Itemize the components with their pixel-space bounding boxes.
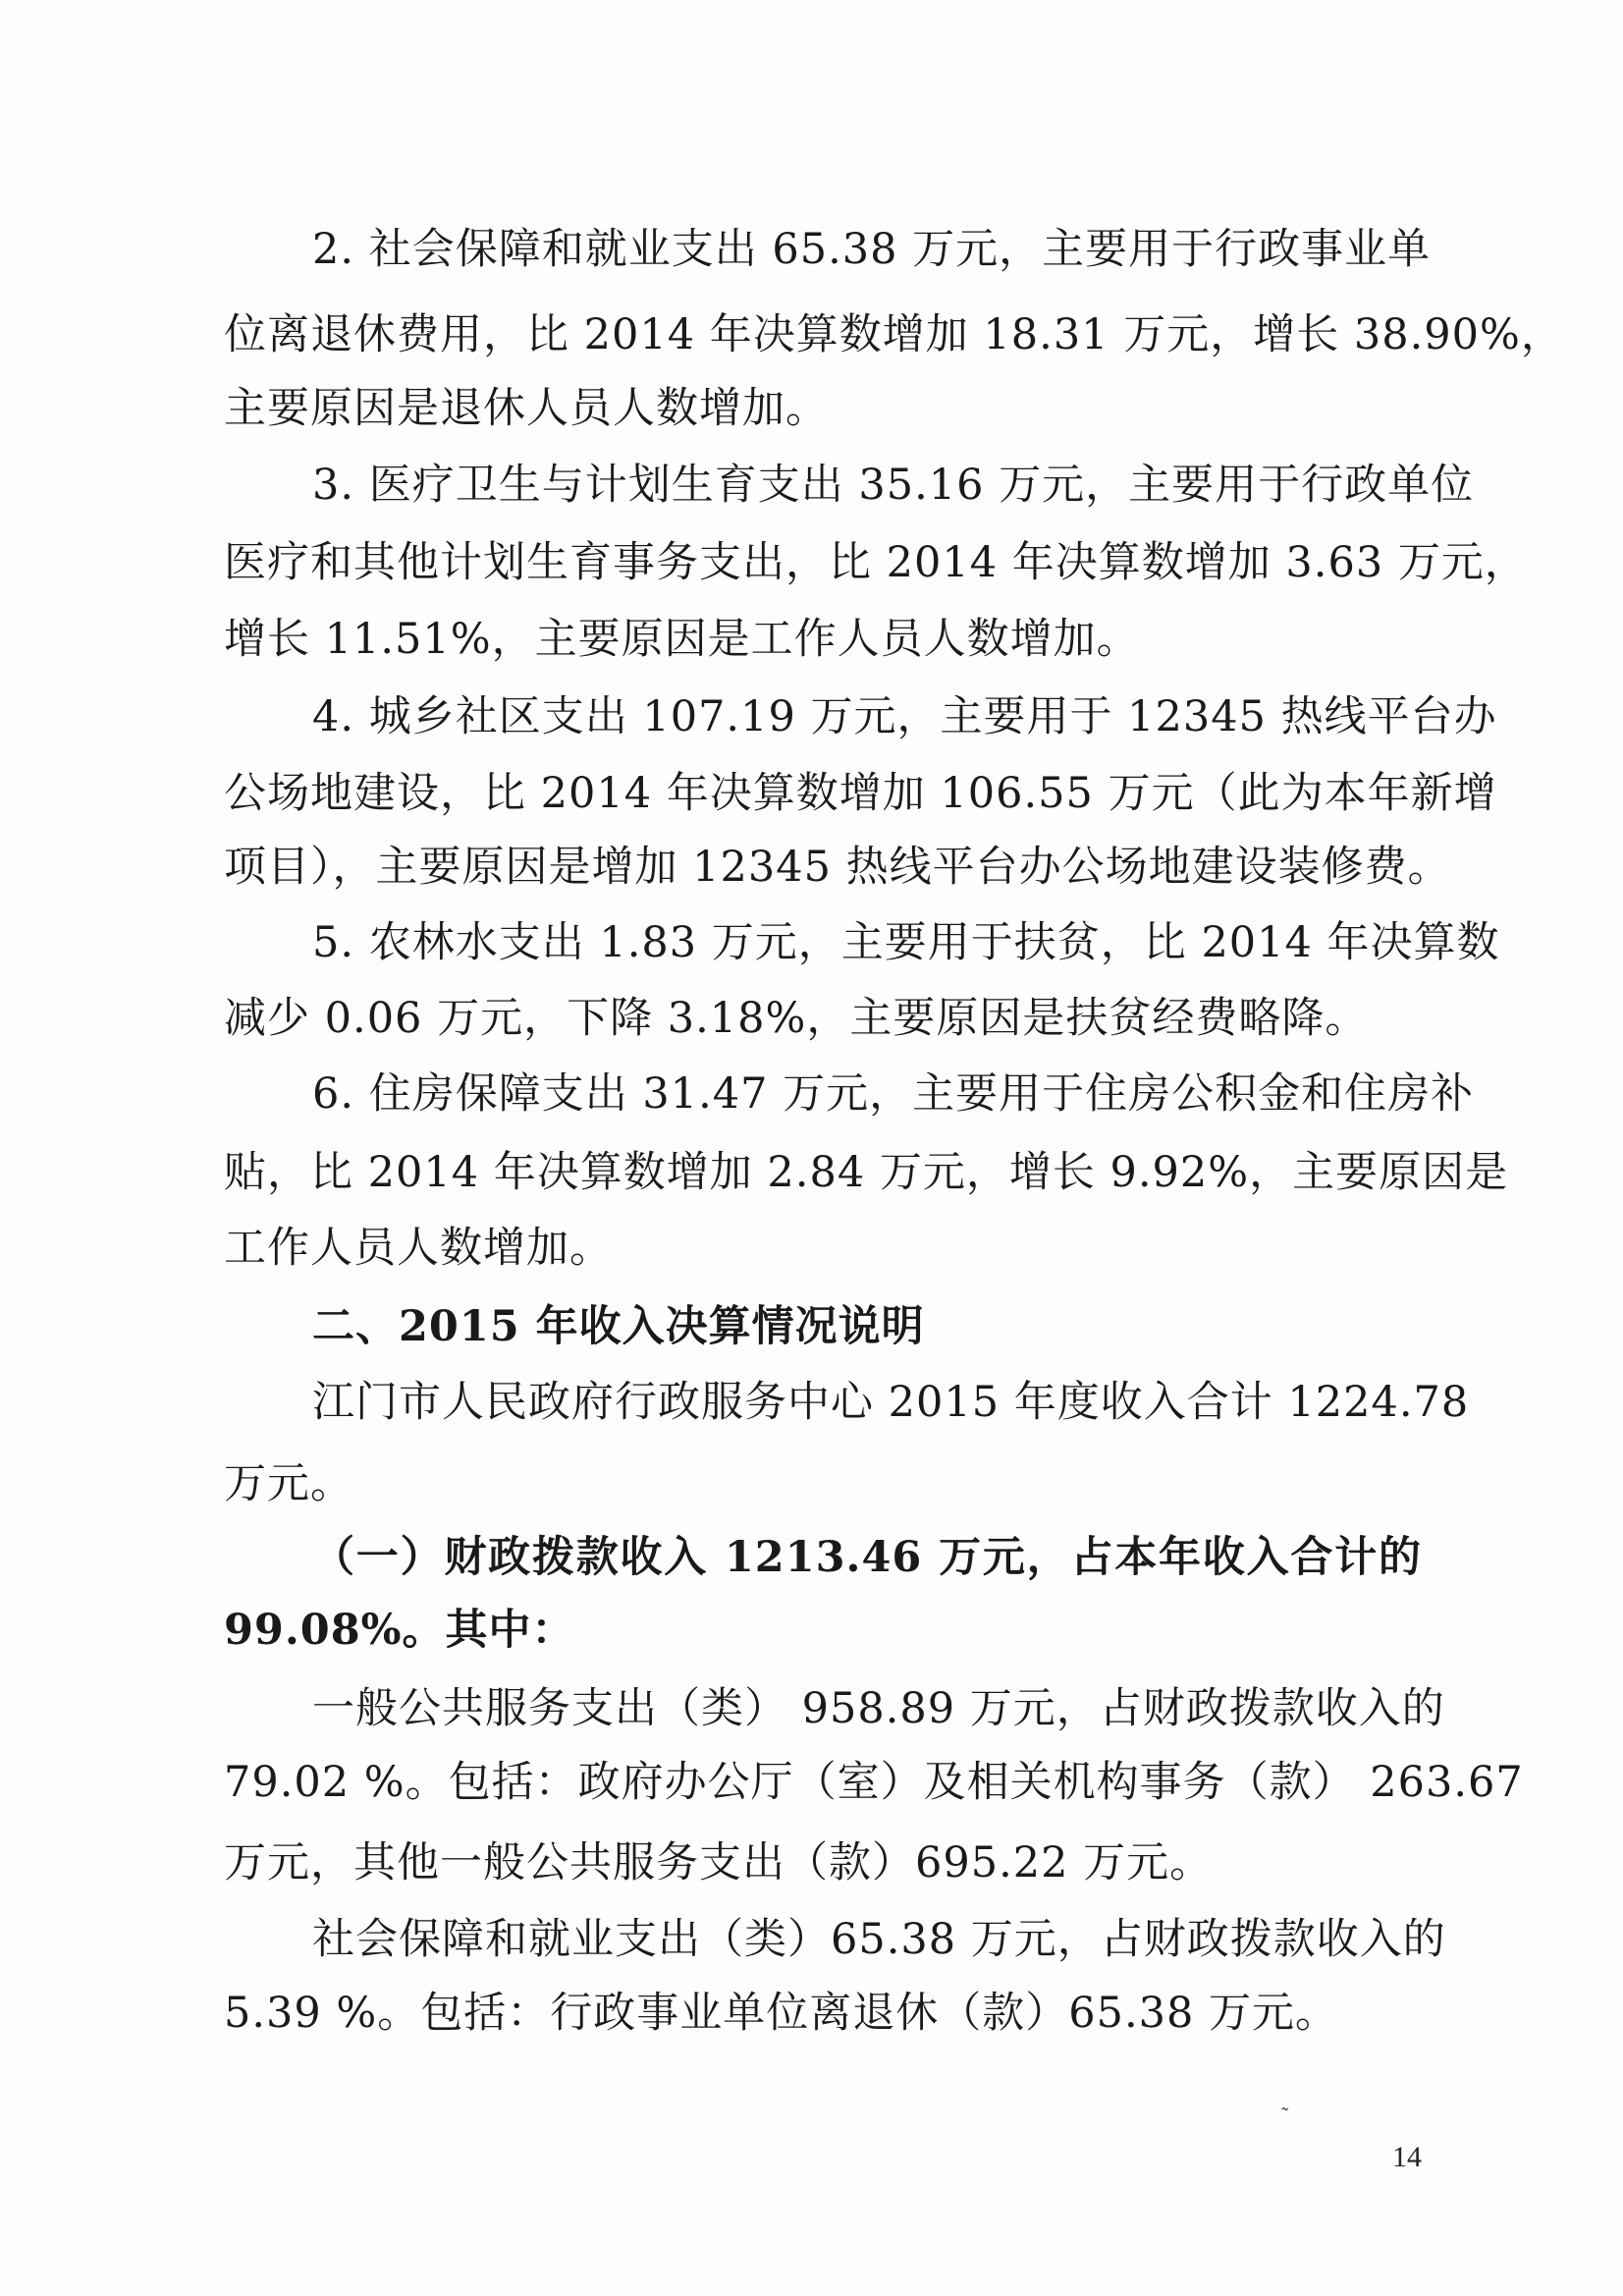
paragraph-line: 主要原因是退休人员人数增加。	[224, 379, 1422, 438]
paragraph-line: 一般公共服务支出（类） 958.89 万元，占财政拨款收入的	[312, 1679, 1422, 1738]
paragraph-line: 减少 0.06 万元，下降 3.18%，主要原因是扶贫经费略降。	[224, 989, 1422, 1048]
paragraph-line: 贴，比 2014 年决算数增加 2.84 万元，增长 9.92%，主要原因是	[224, 1143, 1422, 1202]
paragraph-line: 万元，其他一般公共服务支出（款）695.22 万元。	[224, 1833, 1422, 1892]
paragraph-line: 公场地建设，比 2014 年决算数增加 106.55 万元（此为本年新增	[224, 764, 1422, 823]
paragraph-line: 江门市人民政府行政服务中心 2015 年度收入合计 1224.78	[312, 1373, 1422, 1432]
paragraph-line: 位离退休费用，比 2014 年决算数增加 18.31 万元，增长 38.90%，	[224, 305, 1422, 364]
paragraph-line: 医疗和其他计划生育事务支出，比 2014 年决算数增加 3.63 万元，	[224, 533, 1422, 592]
paragraph-line: 79.02 %。包括：政府办公厅（室）及相关机构事务（款） 263.67	[224, 1753, 1422, 1812]
paragraph-line: 社会保障和就业支出（类）65.38 万元，占财政拨款收入的	[312, 1910, 1422, 1969]
page-number: 14	[1392, 2141, 1422, 2174]
paragraph-line: 5.39 %。包括：行政事业单位离退休（款）65.38 万元。	[224, 1984, 1422, 2043]
paragraph-line: 项目），主要原因是增加 12345 热线平台办公场地建设装修费。	[224, 838, 1422, 897]
scan-mark: ˷	[1281, 2087, 1288, 2112]
paragraph-line: 6. 住房保障支出 31.47 万元，主要用于住房公积金和住房补	[312, 1065, 1422, 1123]
paragraph-line: 万元。	[224, 1454, 1422, 1513]
paragraph-line: 3. 医疗卫生与计划生育支出 35.16 万元，主要用于行政单位	[312, 456, 1422, 515]
paragraph-line: 增长 11.51%，主要原因是工作人员人数增加。	[224, 610, 1422, 669]
paragraph-line: 工作人员人数增加。	[224, 1219, 1422, 1278]
paragraph-line: 5. 农林水支出 1.83 万元，主要用于扶贫，比 2014 年决算数	[312, 913, 1422, 972]
subsection-heading: （一）财政拨款收入 1213.46 万元，占本年收入合计的	[312, 1528, 1422, 1587]
subsection-heading-cont: 99.08%。其中：	[224, 1601, 1422, 1660]
paragraph-line: 4. 城乡社区支出 107.19 万元，主要用于 12345 热线平台办	[312, 687, 1422, 746]
paragraph-line: 2. 社会保障和就业支出 65.38 万元，主要用于行政事业单	[312, 220, 1422, 279]
document-page: 2. 社会保障和就业支出 65.38 万元，主要用于行政事业单 位离退休费用，比…	[0, 0, 1623, 2296]
section-heading: 二、2015 年收入决算情况说明	[312, 1297, 1422, 1356]
